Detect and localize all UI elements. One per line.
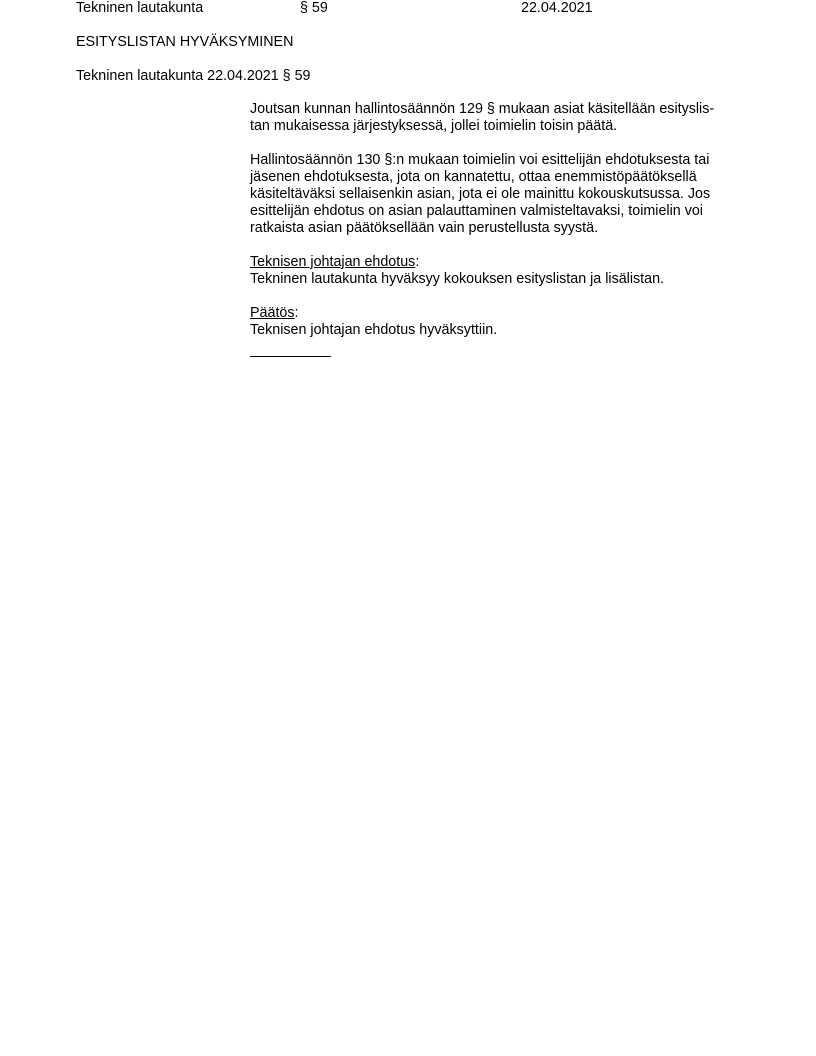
proposal-heading: Teknisen johtajan ehdotus [250,254,415,270]
document-body: Joutsan kunnan hallintosäännön 129 § muk… [250,101,740,357]
text-line: Hallintosäännön 130 §:n mukaan toimielin… [250,152,740,169]
decision-heading: Päätös [250,305,295,321]
text-line: käsiteltäväksi sellaisenkin asian, jota … [250,186,740,203]
decision-colon: : [295,305,299,321]
decision-block: Päätös: Teknisen johtajan ehdotus hyväks… [250,305,740,339]
text-line: ratkaista asian päätöksellään vain perus… [250,220,740,237]
decision-heading-line: Päätös: [250,305,740,322]
header-section-number: § 59 [300,0,328,17]
meeting-reference: Tekninen lautakunta 22.04.2021 § 59 [76,68,311,85]
paragraph-rules-additional-items: Hallintosäännön 130 §:n mukaan toimielin… [250,152,740,237]
text-line: jäsenen ehdotuksesta, jota on kannatettu… [250,169,740,186]
document-title: ESITYSLISTAN HYVÄKSYMINEN [76,34,293,51]
header-body-name: Tekninen lautakunta [76,0,203,17]
proposal-block: Teknisen johtajan ehdotus: Tekninen laut… [250,254,740,288]
text-line: Joutsan kunnan hallintosäännön 129 § muk… [250,101,740,118]
proposal-heading-line: Teknisen johtajan ehdotus: [250,254,740,271]
proposal-text: Tekninen lautakunta hyväksyy kokouksen e… [250,271,740,288]
text-line: esittelijän ehdotus on asian palauttamin… [250,203,740,220]
paragraph-rules-order: Joutsan kunnan hallintosäännön 129 § muk… [250,101,740,135]
decision-text: Teknisen johtajan ehdotus hyväksyttiin. [250,322,740,339]
proposal-colon: : [415,254,419,270]
header-date: 22.04.2021 [521,0,593,17]
end-rule-divider [250,356,331,357]
text-line: tan mukaisessa järjestyksessä, jollei to… [250,118,740,135]
